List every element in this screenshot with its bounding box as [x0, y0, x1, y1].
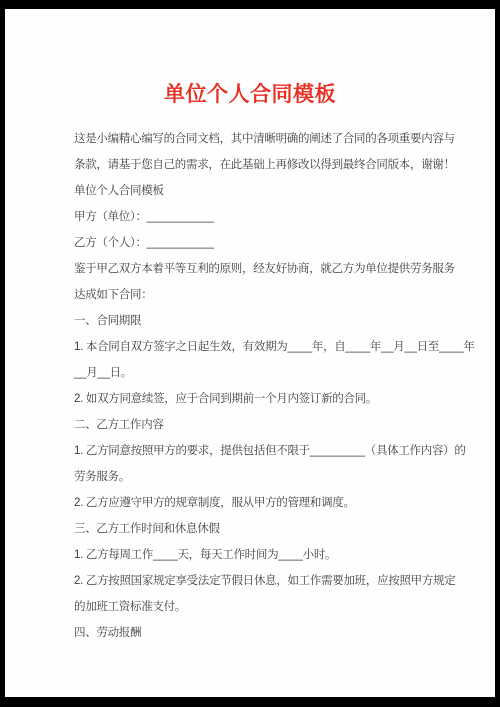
document-line-section-1-item-2: 2. 如双方同意续签，应于合同到期前一个月内签订新的合同。	[74, 386, 450, 412]
document-line-section-2-item-1a: 1. 乙方同意按照甲方的要求，提供包括但不限于_________（具体工作内容）…	[74, 438, 450, 464]
document-line-preamble-2: 达成如下合同：	[74, 282, 450, 308]
document-line-section-2-item-1b: 劳务服务。	[74, 464, 450, 490]
document-line-preamble-1: 鉴于甲乙双方本着平等互利的原则，经友好协商，就乙方为单位提供劳务服务	[74, 256, 450, 282]
document-line-section-4-heading: 四、劳动报酬	[74, 620, 450, 646]
document-line-subtitle: 单位个人合同模板	[74, 178, 450, 204]
photo-border: 单位个人合同模板 这是小编精心编写的合同文档，其中清晰明确的阐述了合同的各项重要…	[0, 0, 500, 707]
document-line-intro-1: 这是小编精心编写的合同文档，其中清晰明确的阐述了合同的各项重要内容与	[74, 126, 450, 152]
document-line-section-2-heading: 二、乙方工作内容	[74, 412, 450, 438]
document-line-section-3-item-1: 1. 乙方每周工作____天，每天工作时间为____小时。	[74, 542, 450, 568]
document-line-party-b: 乙方（个人）：___________	[74, 230, 450, 256]
contract-document-page: 单位个人合同模板 这是小编精心编写的合同文档，其中清晰明确的阐述了合同的各项重要…	[5, 9, 495, 697]
document-line-section-1-item-1b: __月__日。	[74, 360, 450, 386]
document-line-party-a: 甲方（单位）：___________	[74, 204, 450, 230]
document-body: 这是小编精心编写的合同文档，其中清晰明确的阐述了合同的各项重要内容与 条款，请基…	[74, 126, 450, 646]
document-line-section-3-heading: 三、乙方工作时间和休息休假	[74, 516, 450, 542]
document-line-section-3-item-2b: 的加班工资标准支付。	[74, 594, 450, 620]
document-line-section-1-item-1a: 1. 本合同自双方签字之日起生效，有效期为____年，自____年__月__日至…	[74, 334, 450, 360]
document-line-section-2-item-2: 2. 乙方应遵守甲方的规章制度，服从甲方的管理和调度。	[74, 490, 450, 516]
document-line-section-3-item-2a: 2. 乙方按照国家规定享受法定节假日休息，如工作需要加班，应按照甲方规定	[74, 568, 450, 594]
document-line-intro-2: 条款，请基于您自己的需求，在此基础上再修改以得到最终合同版本，谢谢！	[74, 152, 450, 178]
document-title: 单位个人合同模板	[5, 82, 495, 107]
document-line-section-1-heading: 一、合同期限	[74, 308, 450, 334]
